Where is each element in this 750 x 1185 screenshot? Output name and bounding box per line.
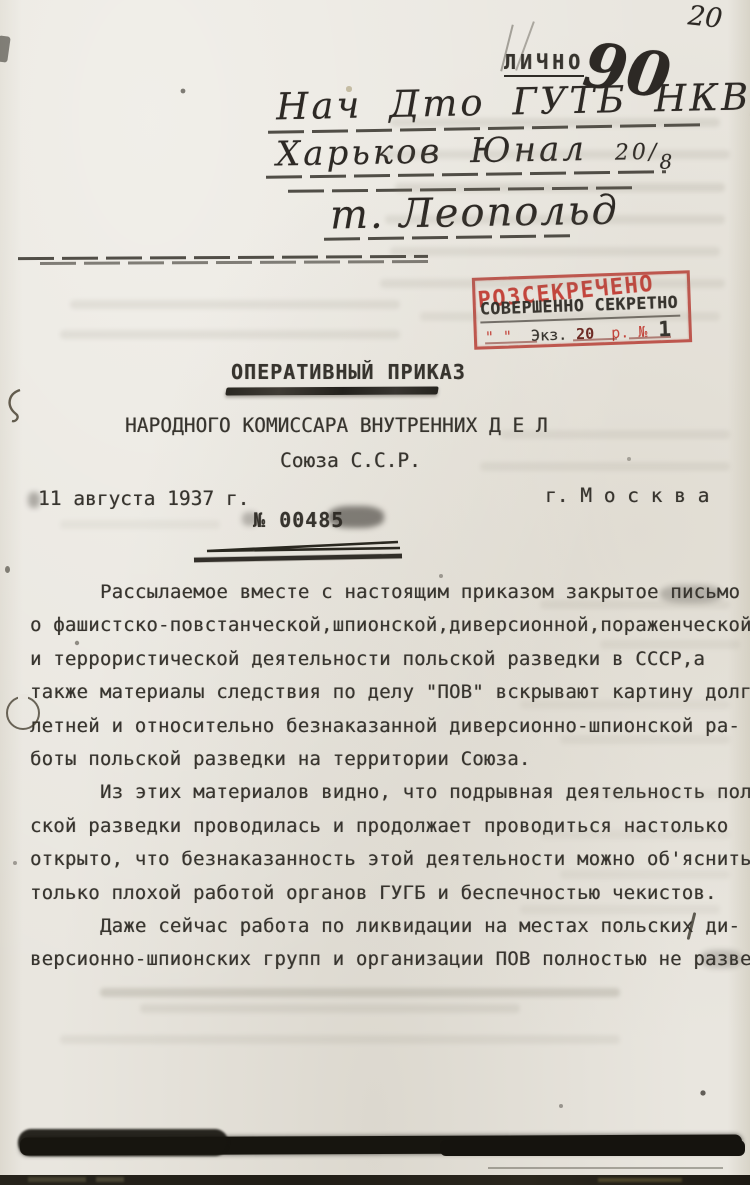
document-scan-page: 20 ЛИЧНО 90 Нач Дто ГУТБ НКВД Харьков Юн… [0,0,750,1185]
bleed-through-ghost-line [60,330,400,339]
bleed-through-ghost-line [140,1004,520,1013]
title-underline [225,386,439,395]
bleed-through-ghost-line [480,462,730,471]
ink-smudge [328,506,384,528]
document-body: Рассылаемое вместе с настоящим приказом … [30,576,750,977]
bleed-through-ghost-line [540,600,730,609]
arrow-mark [190,534,405,566]
strip-mark [96,1177,124,1182]
bleed-through-ghost-line [390,118,720,127]
bleed-through-ghost-line [395,183,725,192]
bottom-ink-bar-lump [18,1129,228,1156]
union-line: Союза С.С.Р. [280,449,421,472]
ink-smudge [28,492,40,508]
bleed-through-ghost-line [380,150,730,159]
handwritten-recipient-name: т. Леопольд [330,187,620,238]
ink-smudge [242,512,258,526]
body-line: о фашистско-повстанческой,шпионской,диве… [30,609,750,642]
bleed-through-ghost-line [420,312,720,321]
strip-mark [598,1178,682,1182]
bleed-through-ghost-line [60,520,220,529]
scan-edge-strip [0,1175,750,1185]
bleed-through-ghost-line [380,279,725,288]
bleed-through-ghost-line [385,215,725,224]
commissar-subtitle: НАРОДНОГО КОМИССАРА ВНУТРЕННИХ Д Е Л [125,414,548,437]
bleed-through-ghost-line [390,247,720,256]
hole-punch-ring [6,696,40,730]
blank-dashed-line [40,260,428,265]
body-line: версионно-шпионских групп и организации … [30,943,750,976]
edge-dot [5,566,10,573]
bleed-through-ghost-line [60,1035,620,1044]
edge-mark [0,35,11,62]
bleed-through-ghost-line [70,300,400,309]
faint-rule [488,1167,723,1169]
bleed-through-ghost-line [100,988,620,997]
blank-dashed-line [18,255,428,260]
ring-gap [18,694,28,699]
corner-page-number: 20 [686,0,723,34]
body-line: боты польской разведки на территории Сою… [30,743,750,776]
personal-label: ЛИЧНО [504,50,584,77]
order-date: 11 августа 1937 г. [38,487,249,510]
bleed-through-ghost-line [520,700,730,709]
margin-squiggle [4,388,28,426]
bleed-through-ghost-line [540,830,730,839]
bleed-through-ghost-line [560,735,730,744]
bleed-through-ghost-line [500,430,730,439]
bleed-through-ghost-line [600,790,730,799]
bleed-through-ghost-line [560,870,730,879]
bleed-through-ghost-line [520,905,720,914]
bottom-ink-bar-lump [440,1140,745,1156]
strip-mark [28,1177,86,1182]
ink-specks [0,0,2,2]
order-title: ОПЕРАТИВНЫЙ ПРИКАЗ [231,360,466,384]
bleed-through-ghost-line [600,640,740,649]
order-city: г. М о с к в а [545,484,709,507]
body-line: Даже сейчас работа по ликвидации на мест… [30,910,750,943]
